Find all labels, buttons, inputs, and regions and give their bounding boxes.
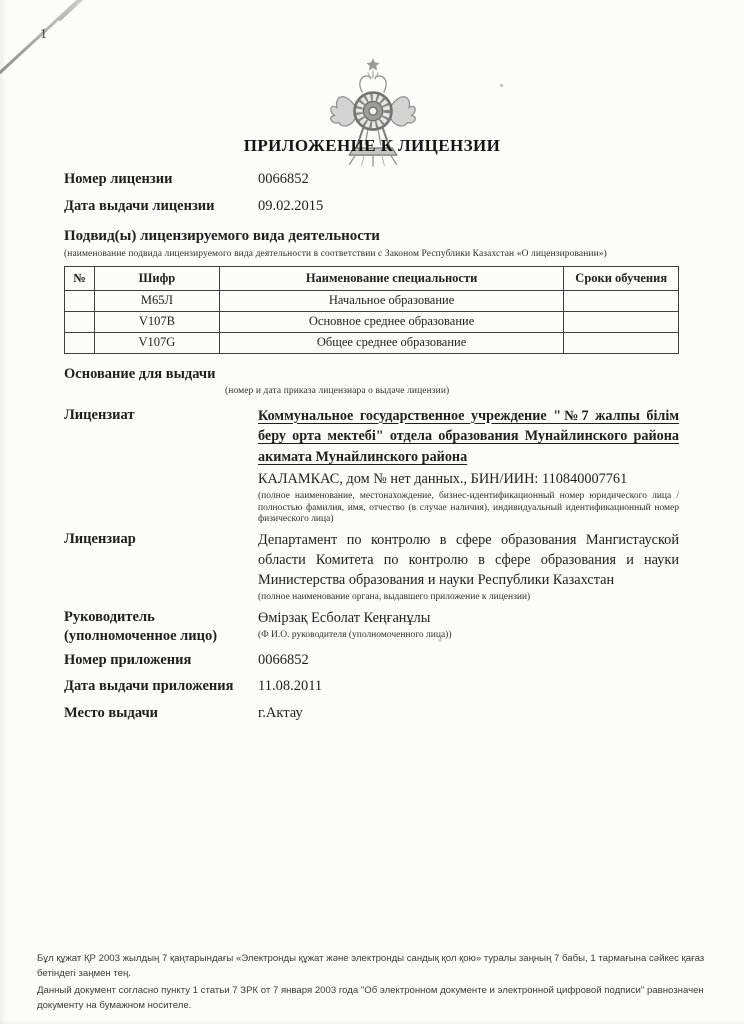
table-row: V107G Общее среднее образование bbox=[65, 332, 679, 353]
license-date-label: Дата выдачи лицензии bbox=[64, 198, 258, 215]
col-header-term: Сроки обучения bbox=[564, 266, 679, 290]
subtype-note: (наименование подвида лицензируемого вид… bbox=[64, 249, 679, 259]
kazakhstan-coat-of-arms-icon bbox=[329, 56, 417, 182]
legal-footer: Бұл құжат ҚР 2003 жылдың 7 қаңтарындағы … bbox=[37, 952, 713, 1015]
head-official-label: Руководитель (уполномоченное лицо) bbox=[64, 608, 258, 646]
licensee-name: Коммунальное государственное учреждение … bbox=[258, 406, 679, 468]
cell-number bbox=[65, 332, 95, 353]
licensee-block: Лицензиат Коммунальное государственное у… bbox=[64, 406, 679, 527]
licensee-note: (полное наименование, местонахождение, б… bbox=[258, 491, 679, 526]
field-license-date: Дата выдачи лицензии 09.02.2015 bbox=[64, 198, 679, 215]
licensor-name: Департамент по контролю в сфере образова… bbox=[258, 530, 679, 590]
issue-place-value: г.Актау bbox=[258, 705, 303, 722]
issue-place-label: Место выдачи bbox=[64, 705, 258, 722]
cell-specialty: Общее среднее образование bbox=[219, 332, 564, 353]
head-official-block: Руководитель (уполномоченное лицо) Өмірз… bbox=[64, 608, 679, 646]
license-date-value: 09.02.2015 bbox=[258, 198, 323, 215]
col-header-number: № bbox=[65, 266, 95, 290]
cell-number bbox=[65, 311, 95, 332]
footer-line-russian: Данный документ согласно пункту 1 статьи… bbox=[37, 984, 713, 1014]
head-official-label-line2: (уполномоченное лицо) bbox=[64, 627, 258, 646]
cell-specialty: Основное среднее образование bbox=[219, 311, 564, 332]
scanned-license-appendix-page: { "colors": { "paper": "#fcfcfa", "ink":… bbox=[0, 0, 744, 1024]
table-row: V107B Основное среднее образование bbox=[65, 311, 679, 332]
head-official-details: Өмірзақ Есболат Кеңғанұлы (Ф И.О. руково… bbox=[258, 608, 679, 646]
cell-term bbox=[564, 311, 679, 332]
document-body: Номер лицензии 0066852 Дата выдачи лицен… bbox=[64, 171, 679, 731]
licensee-address: КАЛАМКАС, дом № нет данных., БИН/ИИН: 11… bbox=[258, 469, 679, 489]
field-appendix-number: Номер приложения 0066852 bbox=[64, 652, 679, 669]
licensee-label: Лицензиат bbox=[64, 406, 258, 527]
appendix-date-label: Дата выдачи приложения bbox=[64, 678, 258, 695]
document-title: ПРИЛОЖЕНИЕ К ЛИЦЕНЗИИ bbox=[0, 136, 744, 156]
head-official-label-line1: Руководитель bbox=[64, 608, 258, 627]
licensor-note: (полное наименование органа, выдавшего п… bbox=[258, 592, 679, 604]
field-issue-place: Место выдачи г.Актау bbox=[64, 705, 679, 722]
basis-label: Основание для выдачи bbox=[64, 366, 679, 383]
col-header-specialty: Наименование специальности bbox=[219, 266, 564, 290]
cell-term bbox=[564, 290, 679, 311]
page-number: 1 bbox=[40, 27, 47, 43]
licensee-details: Коммунальное государственное учреждение … bbox=[258, 406, 679, 527]
licensor-details: Департамент по контролю в сфере образова… bbox=[258, 530, 679, 604]
licensor-block: Лицензиар Департамент по контролю в сфер… bbox=[64, 530, 679, 604]
table-row: М65Л Начальное образование bbox=[65, 290, 679, 311]
appendix-number-value: 0066852 bbox=[258, 652, 309, 669]
footer-line-kazakh: Бұл құжат ҚР 2003 жылдың 7 қаңтарындағы … bbox=[37, 952, 713, 982]
license-number-value: 0066852 bbox=[258, 171, 309, 188]
cell-term bbox=[564, 332, 679, 353]
head-official-note: (Ф И.О. руководителя (уполномоченного ли… bbox=[258, 630, 679, 642]
specialties-table: № Шифр Наименование специальности Сроки … bbox=[64, 266, 679, 354]
col-header-code: Шифр bbox=[95, 266, 220, 290]
license-number-label: Номер лицензии bbox=[64, 171, 258, 188]
table-header-row: № Шифр Наименование специальности Сроки … bbox=[65, 266, 679, 290]
appendix-number-label: Номер приложения bbox=[64, 652, 258, 669]
cell-code: V107G bbox=[95, 332, 220, 353]
field-license-number: Номер лицензии 0066852 bbox=[64, 171, 679, 188]
cell-specialty: Начальное образование bbox=[219, 290, 564, 311]
cell-number bbox=[65, 290, 95, 311]
subtype-heading: Подвид(ы) лицензируемого вида деятельнос… bbox=[64, 228, 679, 245]
head-official-name: Өмірзақ Есболат Кеңғанұлы bbox=[258, 608, 679, 628]
appendix-date-value: 11.08.2011 bbox=[258, 678, 322, 695]
field-appendix-date: Дата выдачи приложения 11.08.2011 bbox=[64, 678, 679, 695]
licensor-label: Лицензиар bbox=[64, 530, 258, 604]
scan-speck bbox=[500, 84, 503, 87]
cell-code: V107B bbox=[95, 311, 220, 332]
cell-code: М65Л bbox=[95, 290, 220, 311]
basis-note: (номер и дата приказа лицензиара о выдач… bbox=[225, 386, 679, 396]
